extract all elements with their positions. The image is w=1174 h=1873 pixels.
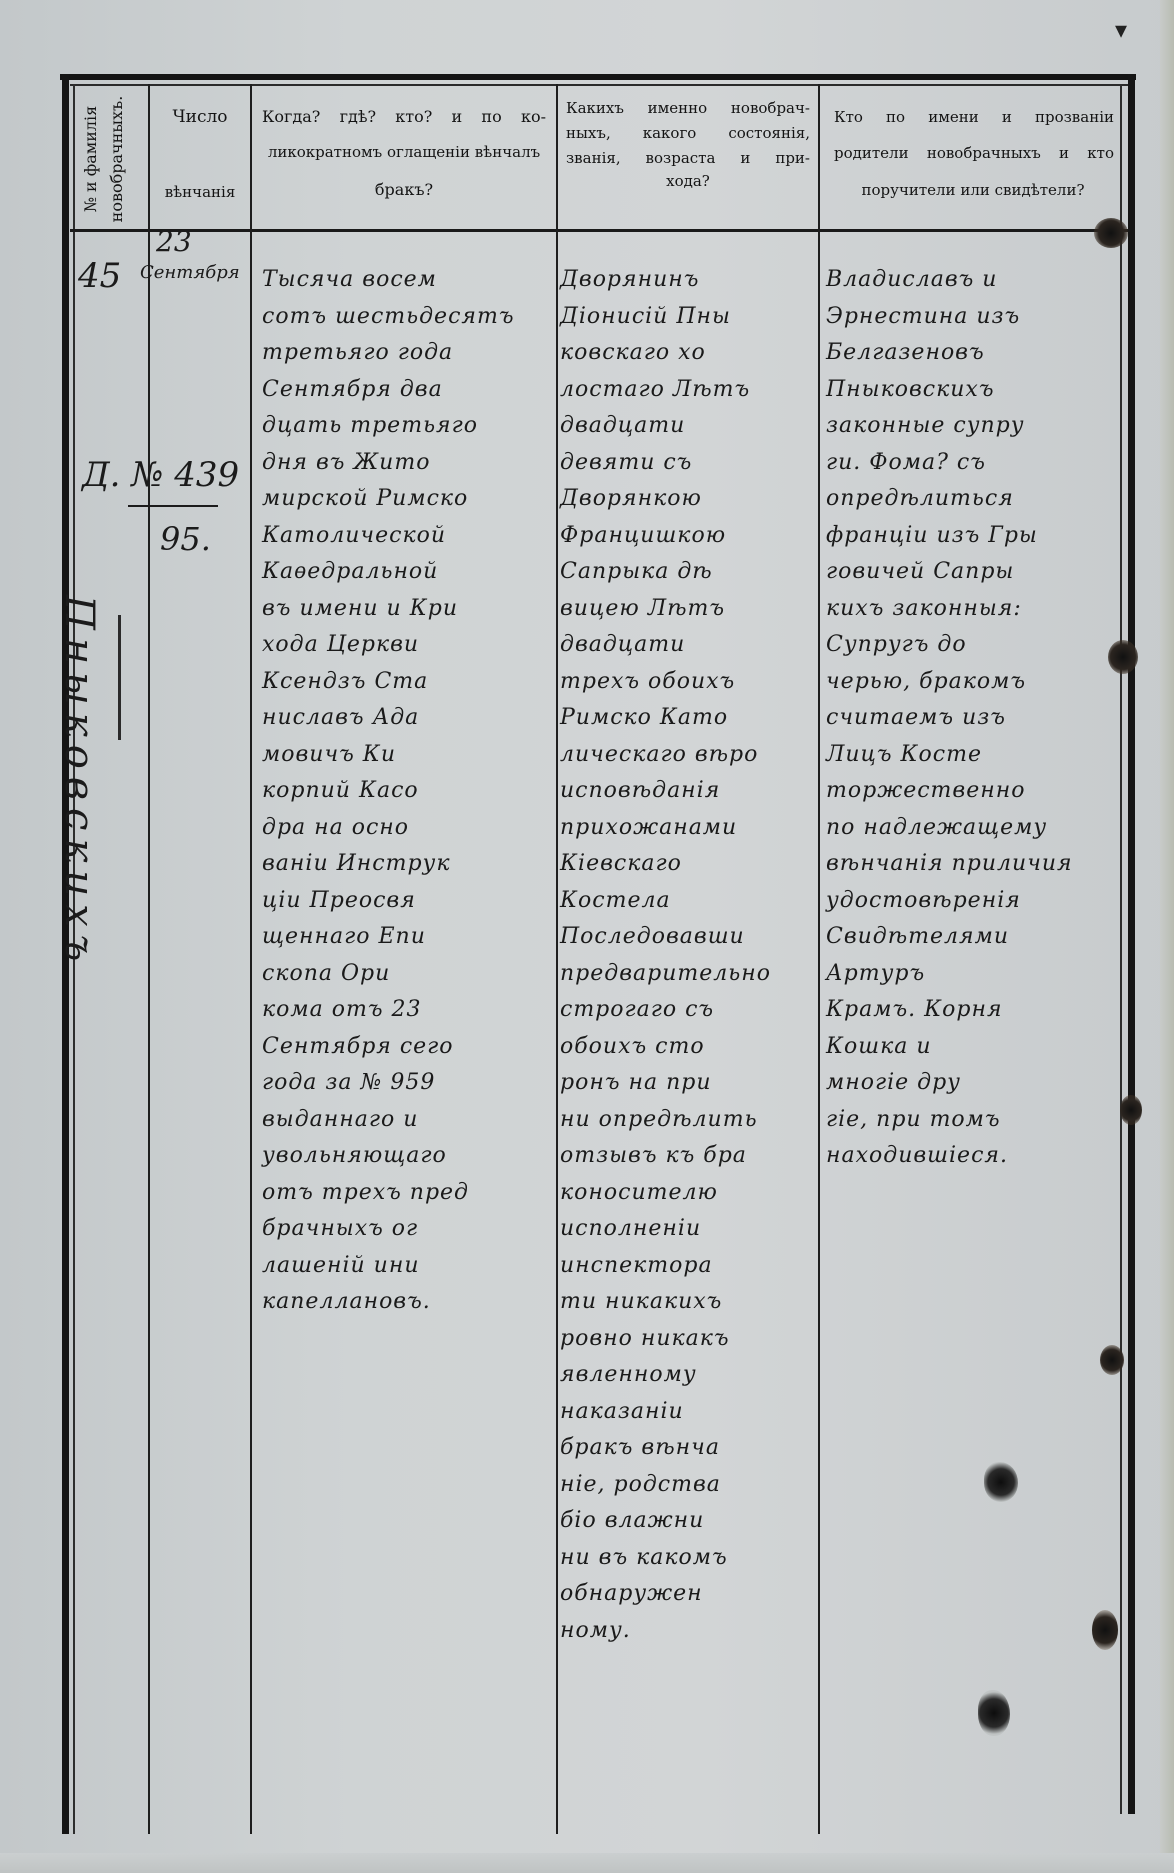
handwritten-line: лашеній ини — [262, 1248, 552, 1285]
handwritten-line: инспектора — [560, 1248, 816, 1285]
burn-mark — [1094, 218, 1128, 248]
handwritten-line: капеллановъ. — [262, 1284, 552, 1321]
handwritten-line: вѣнчанія приличия — [826, 846, 1122, 883]
table-border-right — [1128, 74, 1135, 1814]
handwritten-line: находившіеся. — [826, 1138, 1122, 1175]
paper-hole — [984, 1462, 1018, 1502]
entry-day: 23 — [156, 225, 192, 258]
column-newlyweds: ДворянинъДіонисій Пныковскаго холостаго … — [560, 262, 816, 1649]
handwritten-line: Діонисій Пны — [560, 299, 816, 336]
handwritten-line: по надлежащему — [826, 810, 1122, 847]
fraction-line — [128, 505, 218, 507]
handwritten-line: коносителю — [560, 1175, 816, 1212]
column-divider — [250, 84, 252, 1834]
header-divider — [70, 229, 1130, 232]
handwritten-line: Эрнестина изъ — [826, 299, 1122, 336]
handwritten-line: Владиславъ и — [826, 262, 1122, 299]
handwritten-line: исполненіи — [560, 1211, 816, 1248]
corner-mark-icon: ▾ — [1115, 16, 1127, 44]
burn-mark — [1092, 1610, 1118, 1650]
handwritten-line: Дворянкою — [560, 481, 816, 518]
column-when-where-who: Тысяча восемсотъ шестьдесятътретьяго год… — [262, 262, 552, 1321]
handwritten-line: вицею Лѣтъ — [560, 591, 816, 628]
table-border-top — [60, 74, 1136, 80]
handwritten-line: лическаго вѣро — [560, 737, 816, 774]
handwritten-line: года за № 959 — [262, 1065, 552, 1102]
handwritten-line: лостаго Лѣтъ — [560, 372, 816, 409]
burn-mark — [1108, 640, 1138, 674]
handwritten-line: удостовѣренія — [826, 883, 1122, 920]
handwritten-line: ковскаго хо — [560, 335, 816, 372]
handwritten-line: ни опредѣлить — [560, 1102, 816, 1139]
handwritten-line: біо влажни — [560, 1503, 816, 1540]
header-parents-line1: Кто по имени и прозваніи — [834, 102, 1114, 132]
header-newlyweds-line3: званія, возраста и при- — [566, 146, 810, 171]
header-number-and-surname: № и фамилія новобрачныхъ. — [78, 92, 148, 226]
handwritten-line: Костела — [560, 883, 816, 920]
handwritten-line: отзывъ къ бра — [560, 1138, 816, 1175]
header-parents-line3: поручители или свидѣтели? — [828, 175, 1118, 205]
handwritten-line: черью, бракомъ — [826, 664, 1122, 701]
handwritten-line: выданнаго и — [262, 1102, 552, 1139]
handwritten-line: двадцати — [560, 408, 816, 445]
handwritten-line: законные супру — [826, 408, 1122, 445]
handwritten-line: девяти съ — [560, 445, 816, 482]
handwritten-line: ному. — [560, 1613, 816, 1650]
header-when-where-line1: Когда? гдѣ? кто? и по ко- — [262, 102, 546, 132]
page-edge — [1160, 0, 1174, 1873]
handwritten-line: дцать третьяго — [262, 408, 552, 445]
handwritten-line: Артуръ — [826, 956, 1122, 993]
handwritten-line: Свидѣтелями — [826, 919, 1122, 956]
handwritten-line: Францишкою — [560, 518, 816, 555]
page-edge-bottom — [0, 1853, 1174, 1873]
header-newlyweds-line1: Какихъ именно новобрач- — [566, 96, 810, 121]
handwritten-line: Белгазеновъ — [826, 335, 1122, 372]
document-reference-year: 95. — [160, 520, 211, 558]
column-divider — [556, 84, 558, 1834]
handwritten-line: ги. Фома? съ — [826, 445, 1122, 482]
handwritten-line: опредѣлиться — [826, 481, 1122, 518]
handwritten-line: Сентября два — [262, 372, 552, 409]
table-border-top-inner — [70, 84, 1128, 86]
handwritten-line: Сентября сего — [262, 1029, 552, 1066]
handwritten-line: предварительно — [560, 956, 816, 993]
handwritten-line: ваніи Инструк — [262, 846, 552, 883]
handwritten-line: явленному — [560, 1357, 816, 1394]
handwritten-line: брачныхъ ог — [262, 1211, 552, 1248]
handwritten-line: Последовавши — [560, 919, 816, 956]
handwritten-line: отъ трехъ пред — [262, 1175, 552, 1212]
header-newlyweds-line2: ныхъ, какого состоянія, — [566, 121, 810, 146]
handwritten-line: Кіевскаго — [560, 846, 816, 883]
handwritten-line: Каѳедральной — [262, 554, 552, 591]
handwritten-line: щеннаго Епи — [262, 919, 552, 956]
handwritten-line: сотъ шестьдесятъ — [262, 299, 552, 336]
handwritten-line: Ксендзъ Ста — [262, 664, 552, 701]
entry-month: Сентября — [140, 262, 240, 283]
handwritten-line: бракъ вѣнча — [560, 1430, 816, 1467]
handwritten-line: наказаніи — [560, 1394, 816, 1431]
handwritten-line: ти никакихъ — [560, 1284, 816, 1321]
burn-mark — [1120, 1095, 1142, 1125]
handwritten-line: многіе дру — [826, 1065, 1122, 1102]
handwritten-line: говичей Сапры — [826, 554, 1122, 591]
column-divider — [148, 84, 150, 1834]
column-divider — [818, 84, 820, 1834]
surname-underline — [118, 615, 121, 740]
handwritten-line: дня въ Жито — [262, 445, 552, 482]
handwritten-line: обнаружен — [560, 1576, 816, 1613]
handwritten-line: франціи изъ Гры — [826, 518, 1122, 555]
handwritten-line: Римско Като — [560, 700, 816, 737]
handwritten-line: ниславъ Ада — [262, 700, 552, 737]
handwritten-line: третьяго года — [262, 335, 552, 372]
handwritten-line: хода Церкви — [262, 627, 552, 664]
handwritten-line: Крамъ. Корня — [826, 992, 1122, 1029]
handwritten-line: торжественно — [826, 773, 1122, 810]
handwritten-line: кихъ законныя: — [826, 591, 1122, 628]
handwritten-line: мирской Римско — [262, 481, 552, 518]
margin-surname: Пныковскихъ — [52, 595, 102, 1125]
entry-number: 45 — [78, 256, 121, 296]
header-date-line1: Число — [152, 102, 248, 132]
handwritten-line: скопа Ори — [262, 956, 552, 993]
handwritten-line: Тысяча восем — [262, 262, 552, 299]
handwritten-line: ціи Преосвя — [262, 883, 552, 920]
handwritten-line: гіе, при томъ — [826, 1102, 1122, 1139]
document-reference: Д. № 439 — [82, 455, 239, 495]
handwritten-line: увольняющаго — [262, 1138, 552, 1175]
paper-hole — [978, 1690, 1010, 1736]
handwritten-line: Пныковскихъ — [826, 372, 1122, 409]
burn-mark — [1100, 1345, 1124, 1375]
header-newlyweds-line4: хода? — [566, 169, 810, 194]
handwritten-line: ни въ какомъ — [560, 1540, 816, 1577]
header-when-where-line3: бракъ? — [256, 175, 552, 205]
handwritten-line: ровно никакъ — [560, 1321, 816, 1358]
handwritten-line: въ имени и Кри — [262, 591, 552, 628]
handwritten-line: Лицъ Косте — [826, 737, 1122, 774]
handwritten-line: Католической — [262, 518, 552, 555]
handwritten-line: ронъ на при — [560, 1065, 816, 1102]
handwritten-line: обоихъ сто — [560, 1029, 816, 1066]
handwritten-line: ніе, родства — [560, 1467, 816, 1504]
header-parents-line2: родители новобрачныхъ и кто — [834, 138, 1114, 168]
handwritten-line: кома отъ 23 — [262, 992, 552, 1029]
handwritten-line: прихожанами — [560, 810, 816, 847]
handwritten-line: считаемъ изъ — [826, 700, 1122, 737]
handwritten-line: трехъ обоихъ — [560, 664, 816, 701]
header-date-line2: вѣнчанія — [152, 177, 248, 207]
handwritten-line: Дворянинъ — [560, 262, 816, 299]
handwritten-line: исповѣданія — [560, 773, 816, 810]
header-when-where-line2: ликократномъ оглащеніи вѣнчалъ — [256, 137, 552, 167]
column-parents-witnesses: Владиславъ иЭрнестина изъБелгазеновъПнык… — [826, 262, 1122, 1175]
handwritten-line: двадцати — [560, 627, 816, 664]
handwritten-line: корпий Касо — [262, 773, 552, 810]
register-page: ▾ № и фамилія новобрачныхъ. Число вѣнчан… — [0, 0, 1174, 1873]
handwritten-line: мовичъ Ки — [262, 737, 552, 774]
handwritten-line: дра на осно — [262, 810, 552, 847]
handwritten-line: Супругъ до — [826, 627, 1122, 664]
handwritten-line: строгаго съ — [560, 992, 816, 1029]
handwritten-line: Кошка и — [826, 1029, 1122, 1066]
handwritten-line: Сапрыка дѣ — [560, 554, 816, 591]
